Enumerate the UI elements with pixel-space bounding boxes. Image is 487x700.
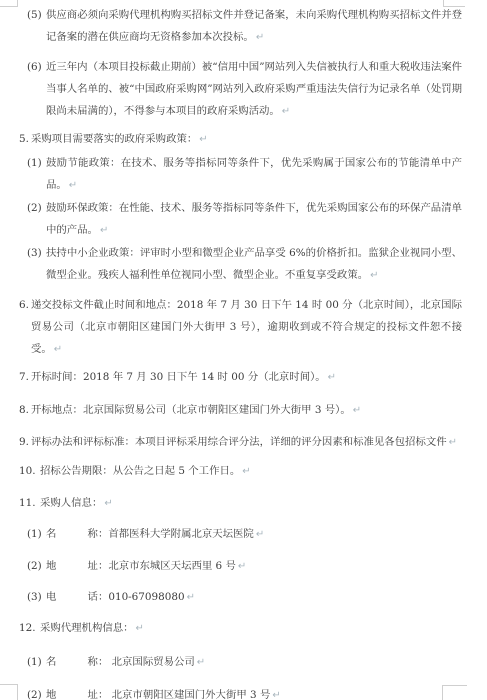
paragraph-mark-icon: ↵	[240, 466, 250, 477]
list-marker: 8.	[19, 399, 29, 421]
text-boundary-mark-top-left	[0, 0, 18, 7]
agency-name: (1)名 称： 北京国际贸易公司↵	[19, 651, 462, 674]
paragraph-mark-icon: ↵	[102, 498, 112, 509]
list-marker: 9.	[19, 431, 29, 453]
paragraph-text: 近三年内（本项目投标截止期前）被“信用中国”网站列入失信被执行人和重大税收违法案…	[46, 61, 462, 117]
list-item-6: (6)近三年内（本项目投标截止期前）被“信用中国”网站列入失信被执行人和重大税收…	[19, 56, 462, 123]
paragraph-text: 名 称： 北京国际贸易公司	[46, 656, 195, 668]
policy-item-3: (3)扶持中小企业政策：评审时小型和微型企业产品享受 6%的价格折扣。监狱企业视…	[19, 242, 462, 287]
list-marker: (6)	[27, 56, 42, 78]
list-marker: 7.	[19, 366, 29, 388]
section-8-opening-place: 8.开标地点：北京国际贸易公司（北京市朝阳区建国门外大街甲 3 号）。↵	[19, 399, 462, 422]
section-5-policies: 5.采购项目需要落实的政府采购政策：↵	[19, 128, 462, 151]
paragraph-text: 开标时间：2018 年 7 月 30 日下午 14 时 00 分（北京时间）。	[31, 371, 326, 383]
list-marker: (3)	[27, 586, 42, 608]
list-marker: 6.	[19, 294, 29, 316]
paragraph-text: 地 址：北京市东城区天坛西里 6 号	[46, 560, 236, 572]
list-marker: (2)	[27, 684, 42, 700]
list-marker: (5)	[27, 4, 42, 26]
document-page: (5)供应商必须向采购代理机构购买招标文件并登记备案，未向采购代理机构购买招标文…	[0, 0, 487, 700]
list-marker: (2)	[27, 197, 42, 219]
paragraph-mark-icon: ↵	[326, 372, 336, 383]
paragraph-text: 采购代理机构信息：	[40, 622, 134, 634]
paragraph-text: 递交投标文件截止时间和地点：2018 年 7 月 30 日下午 14 时 00 …	[31, 299, 462, 355]
list-item-5: (5)供应商必须向采购代理机构购买招标文件并登记备案，未向采购代理机构购买招标文…	[19, 4, 462, 49]
paragraph-mark-icon: ↵	[254, 32, 264, 43]
purchaser-address: (2)地 址：北京市东城区天坛西里 6 号↵	[19, 555, 462, 578]
paragraph-mark-icon: ↵	[270, 690, 280, 700]
paragraph-mark-icon: ↵	[236, 561, 246, 572]
list-marker: (1)	[27, 152, 42, 174]
paragraph-text: 评标办法和评标标准：本项目评标采用综合评分法，详细的评分因素和标准见各包招标文件	[31, 436, 447, 448]
list-marker: 12.	[19, 617, 36, 639]
paragraph-mark-icon: ↵	[197, 134, 207, 145]
policy-item-1: (1)鼓励节能政策：在技术、服务等指标同等条件下，优先采购属于国家公布的节能清单…	[19, 152, 462, 197]
text-boundary-mark-bottom-left	[0, 684, 18, 700]
list-marker: 11.	[19, 492, 36, 514]
list-marker: (2)	[27, 555, 42, 577]
list-marker: (3)	[27, 242, 42, 264]
paragraph-mark-icon: ↵	[67, 180, 77, 191]
paragraph-text: 采购人信息：	[40, 497, 102, 509]
paragraph-mark-icon: ↵	[280, 106, 290, 117]
paragraph-mark-icon: ↵	[368, 270, 378, 281]
paragraph-text: 开标地点：北京国际贸易公司（北京市朝阳区建国门外大街甲 3 号）。	[31, 404, 351, 416]
paragraph-mark-icon: ↵	[185, 592, 195, 603]
section-10-announcement-period: 10.招标公告期限：从公告之日起 5 个工作日。↵	[19, 460, 462, 483]
list-marker: (1)	[27, 651, 42, 673]
list-marker: 10.	[19, 460, 36, 482]
section-6-deadline: 6.递交投标文件截止时间和地点：2018 年 7 月 30 日下午 14 时 0…	[19, 294, 462, 361]
list-marker: (1)	[27, 523, 42, 545]
paragraph-mark-icon: ↵	[195, 657, 205, 668]
section-11-purchaser-info: 11.采购人信息：↵	[19, 492, 462, 515]
paragraph-text: 名 称：首都医科大学附属北京天坛医院	[46, 528, 254, 540]
section-7-opening-time: 7.开标时间：2018 年 7 月 30 日下午 14 时 00 分（北京时间）…	[19, 366, 462, 389]
paragraph-text: 鼓励节能政策：在技术、服务等指标同等条件下，优先采购属于国家公布的节能清单中产品…	[46, 157, 462, 191]
paragraph-text: 扶持中小企业政策：评审时小型和微型企业产品享受 6%的价格折扣。监狱企业视同小型…	[46, 247, 462, 281]
section-9-evaluation: 9.评标办法和评标标准：本项目评标采用综合评分法，详细的评分因素和标准见各包招标…	[19, 431, 462, 454]
agency-address: (2)地 址： 北京市朝阳区建国门外大街甲 3 号↵	[19, 684, 462, 700]
paragraph-text: 招标公告期限：从公告之日起 5 个工作日。	[40, 465, 240, 477]
paragraph-text: 电 话：010-67098080	[46, 591, 185, 603]
section-12-agency-info: 12.采购代理机构信息：↵	[19, 617, 462, 640]
paragraph-text: 鼓励环保政策：在性能、技术、服务等指标同等条件下，优先采购国家公布的环保产品清单…	[46, 202, 462, 236]
paragraph-mark-icon: ↵	[98, 225, 108, 236]
paragraph-mark-icon: ↵	[52, 344, 62, 355]
purchaser-phone: (3)电 话：010-67098080↵	[19, 586, 462, 609]
paragraph-mark-icon: ↵	[254, 529, 264, 540]
document-body: (5)供应商必须向采购代理机构购买招标文件并登记备案，未向采购代理机构购买招标文…	[19, 4, 462, 700]
list-marker: 5.	[19, 128, 29, 150]
paragraph-text: 地 址： 北京市朝阳区建国门外大街甲 3 号	[46, 689, 270, 700]
paragraph-mark-icon: ↵	[134, 623, 144, 634]
paragraph-mark-icon: ↵	[447, 437, 457, 448]
paragraph-text: 采购项目需要落实的政府采购政策：	[31, 133, 197, 145]
purchaser-name: (1)名 称：首都医科大学附属北京天坛医院↵	[19, 523, 462, 546]
policy-item-2: (2)鼓励环保政策：在性能、技术、服务等指标同等条件下，优先采购国家公布的环保产…	[19, 197, 462, 242]
paragraph-mark-icon: ↵	[351, 405, 361, 416]
